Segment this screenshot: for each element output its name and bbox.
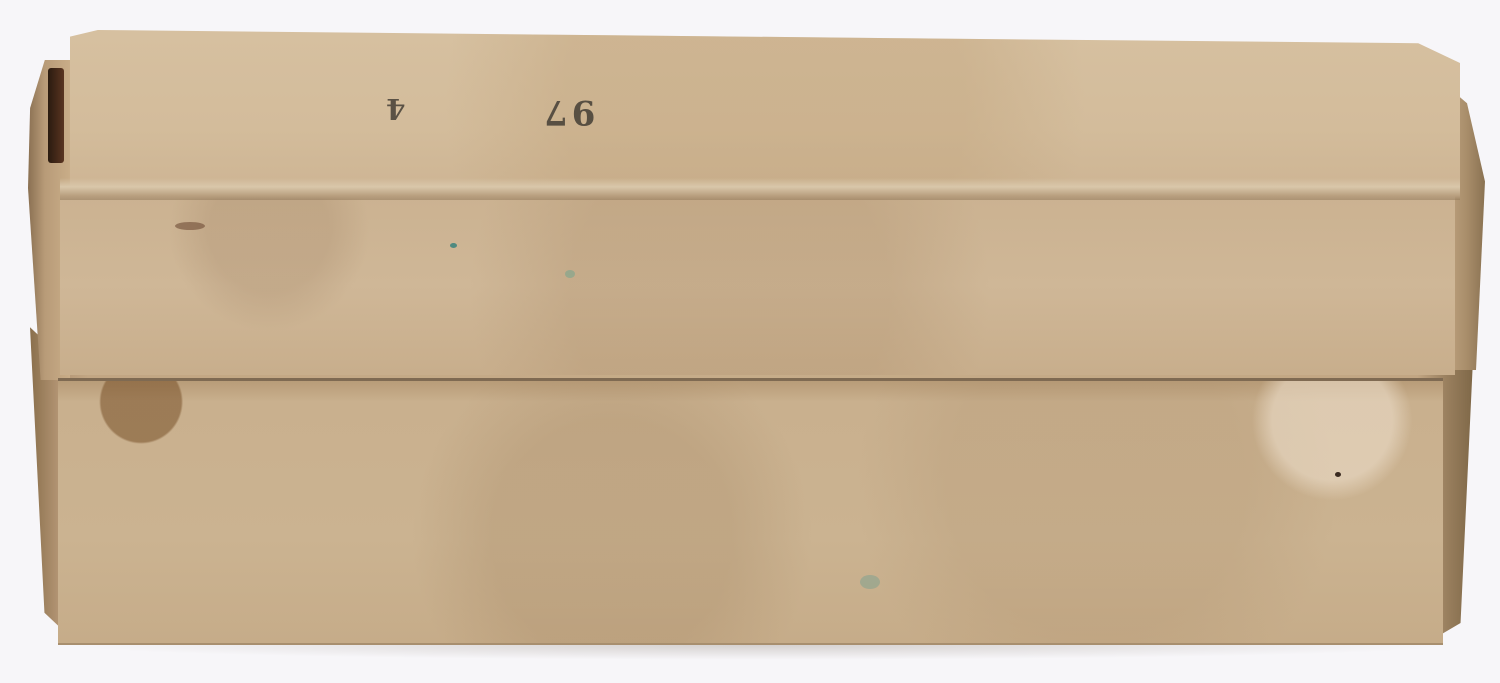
outer-tray-front-face <box>58 378 1443 645</box>
printed-marking-number: 97 <box>540 92 595 132</box>
photo-scene: 4 97 <box>0 0 1500 683</box>
stain-speck <box>860 575 880 589</box>
inner-box-front-face <box>60 195 1455 375</box>
stain-speck <box>1335 472 1341 477</box>
stain-speck <box>565 270 575 278</box>
inner-box-top-face <box>70 30 1460 195</box>
printed-marking-left: 4 <box>382 92 405 125</box>
inner-box-frayed-edge <box>60 178 1460 200</box>
stain-speck <box>175 222 205 230</box>
torn-slot <box>48 68 64 163</box>
stain-speck <box>450 243 457 248</box>
